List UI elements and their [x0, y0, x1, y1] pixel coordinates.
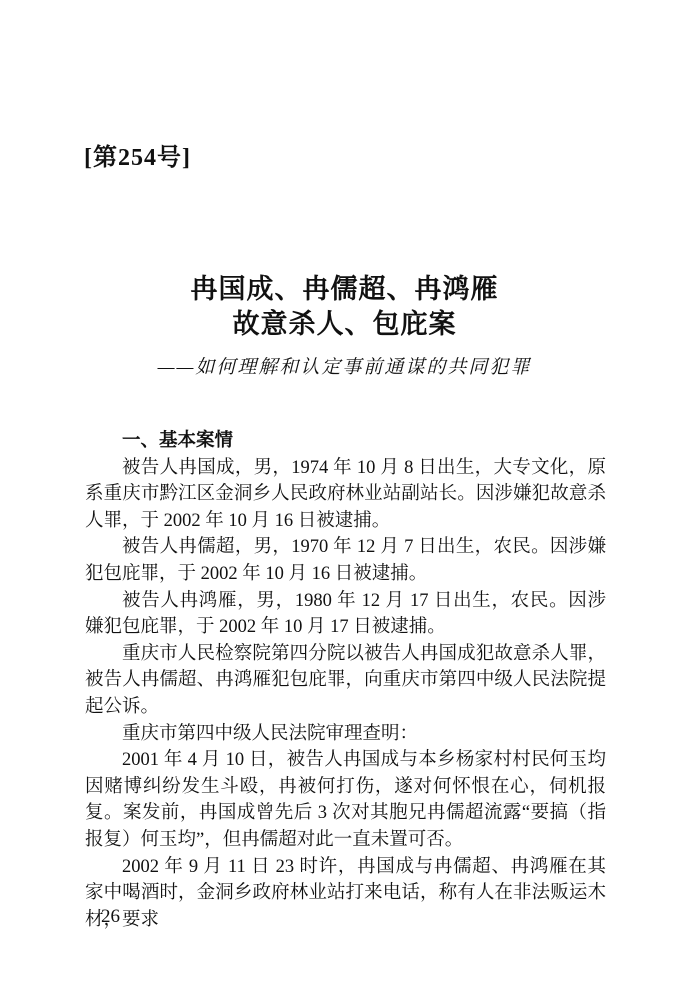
body-text: 一、基本案情 被告人冉国成，男，1974 年 10 月 8 日出生，大专文化，原… [85, 428, 606, 933]
section-heading: 一、基本案情 [85, 428, 606, 455]
body-paragraphs: 被告人冉国成，男，1974 年 10 月 8 日出生，大专文化，原系重庆市黔江区… [85, 455, 606, 934]
main-title-line-1: 冉国成、冉儒超、冉鸿雁 [0, 272, 689, 307]
body-paragraph: 2002 年 9 月 11 日 23 时许，冉国成与冉儒超、冉鸿雁在其家中喝酒时… [85, 854, 606, 934]
body-paragraph: 重庆市人民检察院第四分院以被告人冉国成犯故意杀人罪，被告人冉儒超、冉鸿雁犯包庇罪… [85, 641, 606, 721]
body-paragraph: 重庆市第四中级人民法院审理查明： [85, 721, 606, 748]
title-block: 冉国成、冉儒超、冉鸿雁 故意杀人、包庇案 ——如何理解和认定事前通谋的共同犯罪 [0, 272, 689, 379]
body-paragraph: 被告人冉鸿雁，男，1980 年 12 月 17 日出生，农民。因涉嫌犯包庇罪，于… [85, 588, 606, 641]
case-number-label: [第254号] [84, 137, 191, 172]
body-paragraph: 被告人冉国成，男，1974 年 10 月 8 日出生，大专文化，原系重庆市黔江区… [85, 455, 606, 535]
main-title-line-2: 故意杀人、包庇案 [0, 307, 689, 342]
subtitle: ——如何理解和认定事前通谋的共同犯罪 [0, 352, 689, 379]
document-page: [第254号] 冉国成、冉儒超、冉鸿雁 故意杀人、包庇案 ——如何理解和认定事前… [0, 0, 689, 999]
page-number: 26 [101, 906, 120, 928]
body-paragraph: 2001 年 4 月 10 日，被告人冉国成与本乡杨家村村民何玉均因赌博纠纷发生… [85, 747, 606, 853]
body-paragraph: 被告人冉儒超，男，1970 年 12 月 7 日出生，农民。因涉嫌犯包庇罪，于 … [85, 534, 606, 587]
